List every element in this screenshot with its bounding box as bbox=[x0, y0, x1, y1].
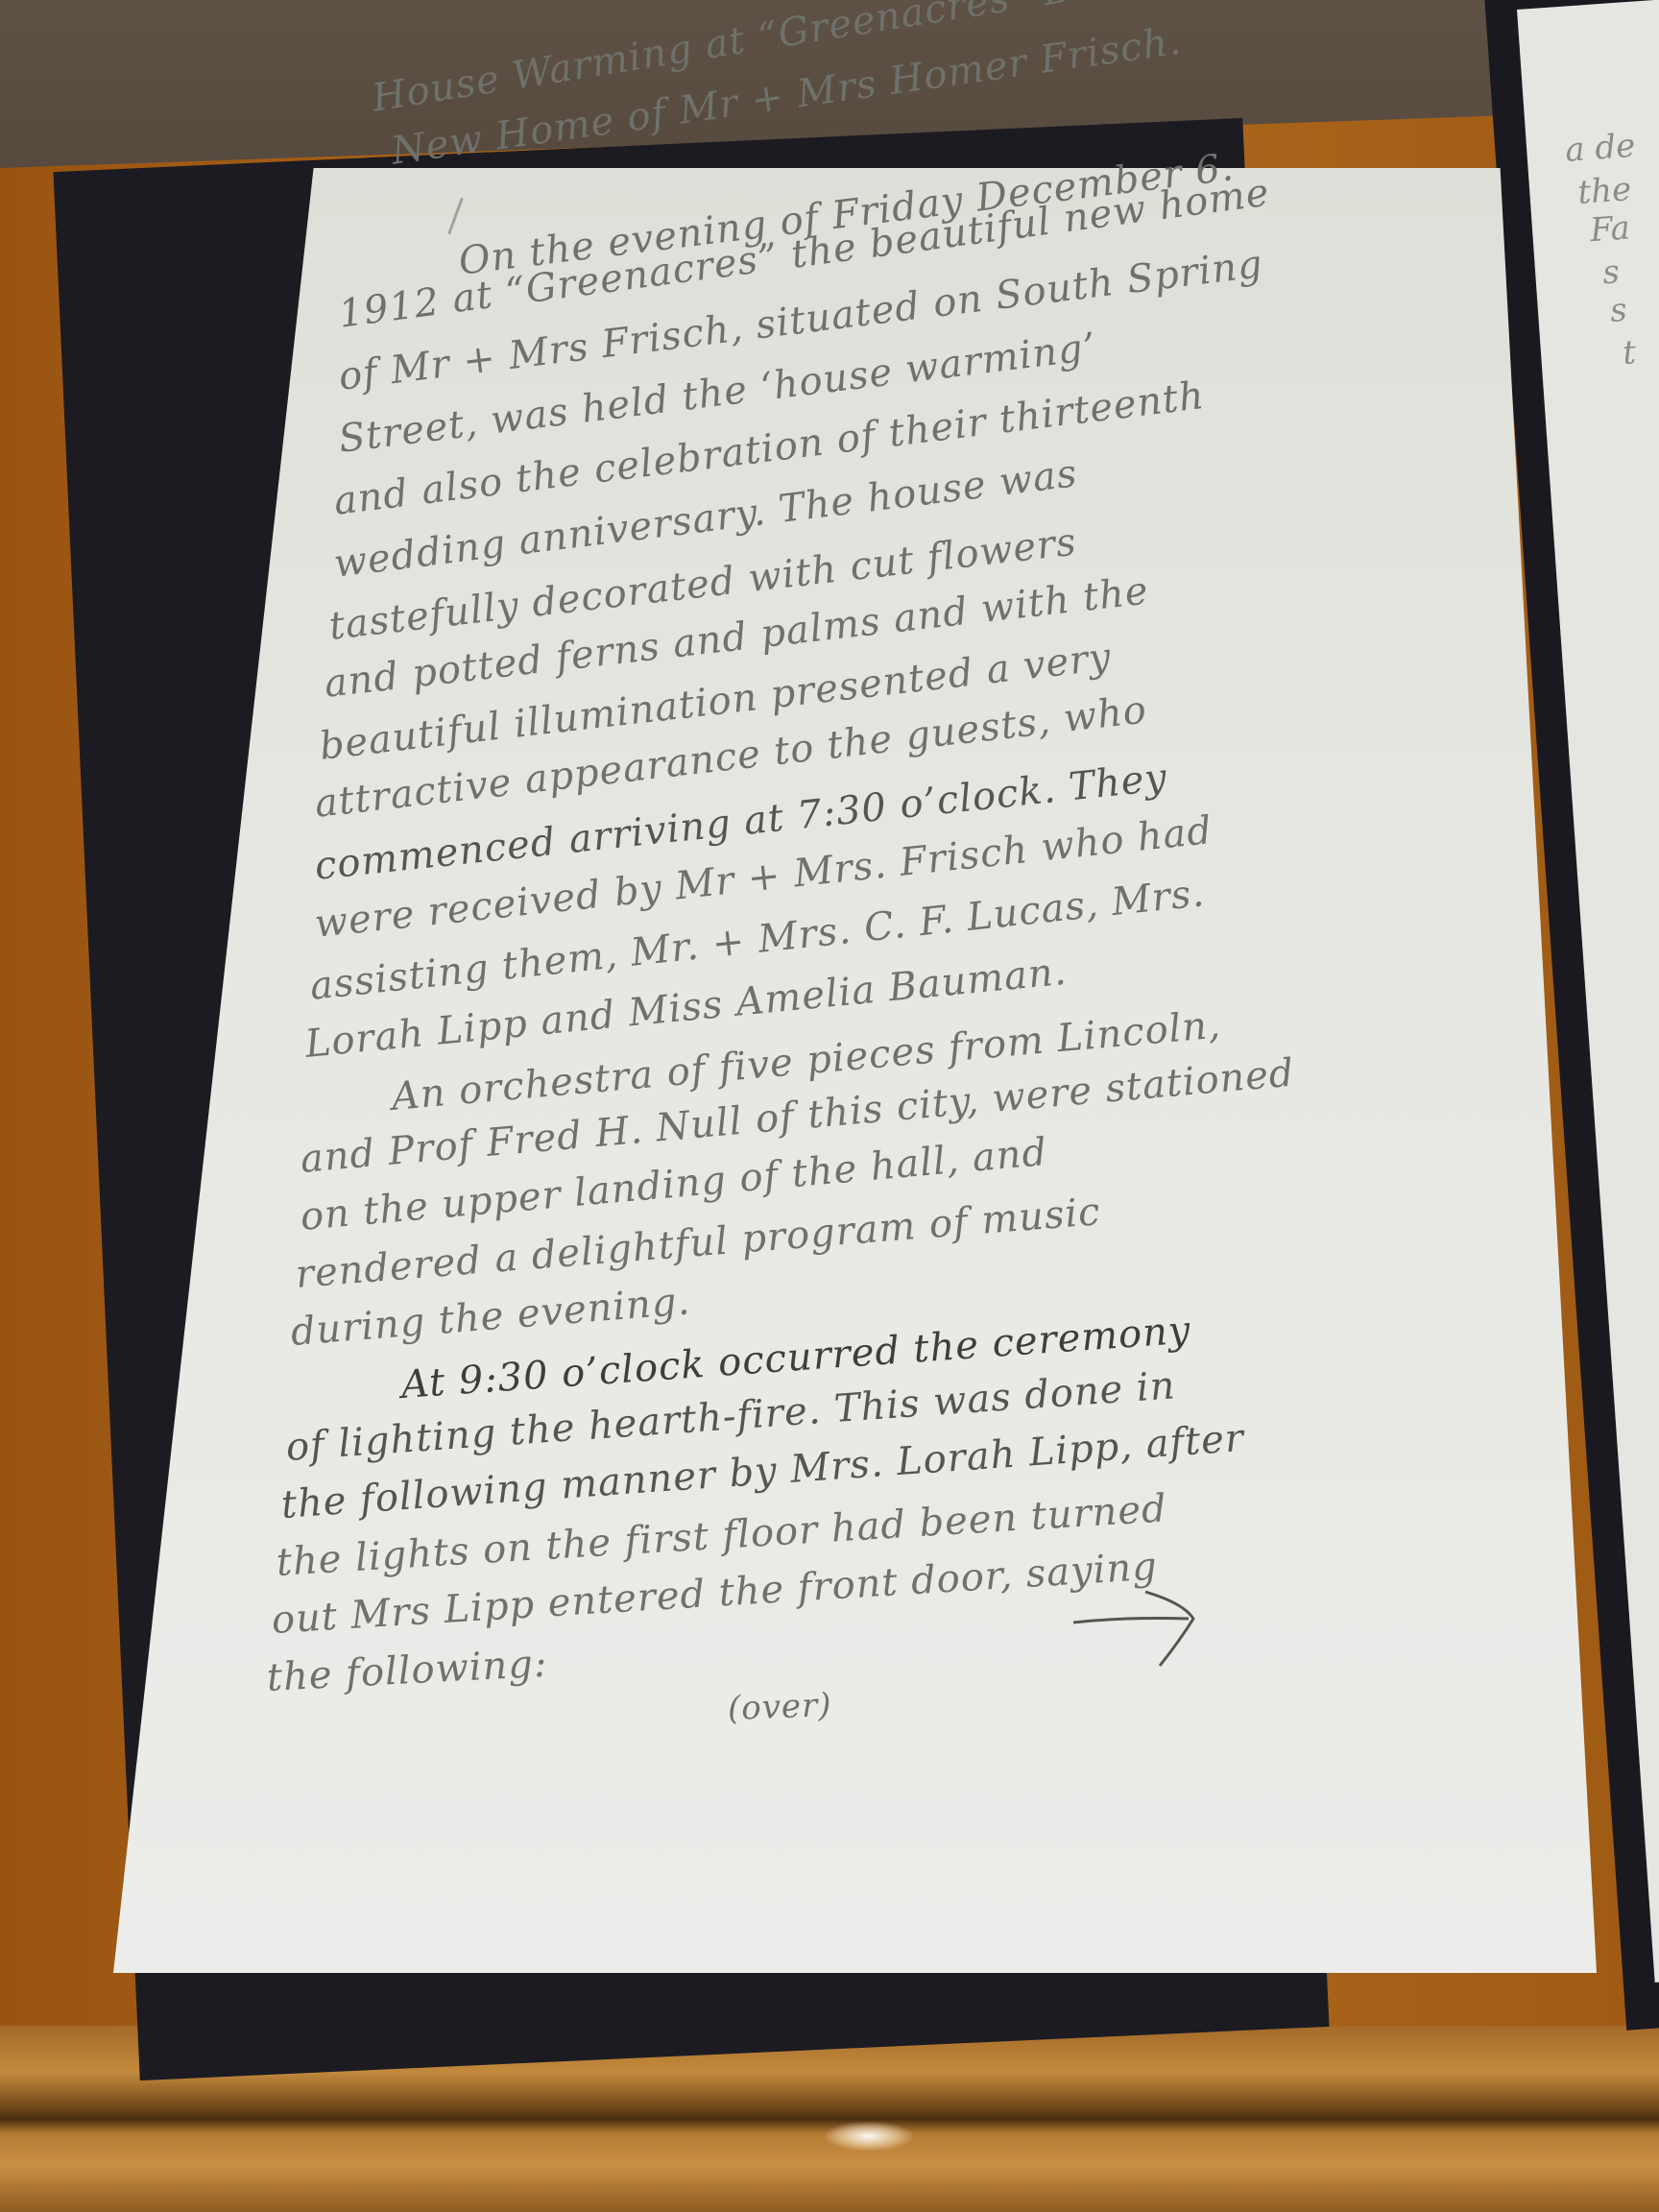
light-glare bbox=[826, 2122, 912, 2151]
right-arrow-icon bbox=[1069, 1584, 1213, 1671]
handwriting-area: House Warming at “Greenacres” BeautifulN… bbox=[113, 168, 1611, 1973]
over-note: (over) bbox=[727, 1686, 832, 1728]
handwritten-letter: House Warming at “Greenacres” BeautifulN… bbox=[113, 168, 1611, 1973]
letter-body-line: the following: bbox=[266, 1642, 549, 1700]
adjacent-fragment: s bbox=[1609, 291, 1628, 330]
adjacent-fragment: a de bbox=[1564, 127, 1637, 170]
adjacent-fragment: t bbox=[1622, 333, 1637, 373]
